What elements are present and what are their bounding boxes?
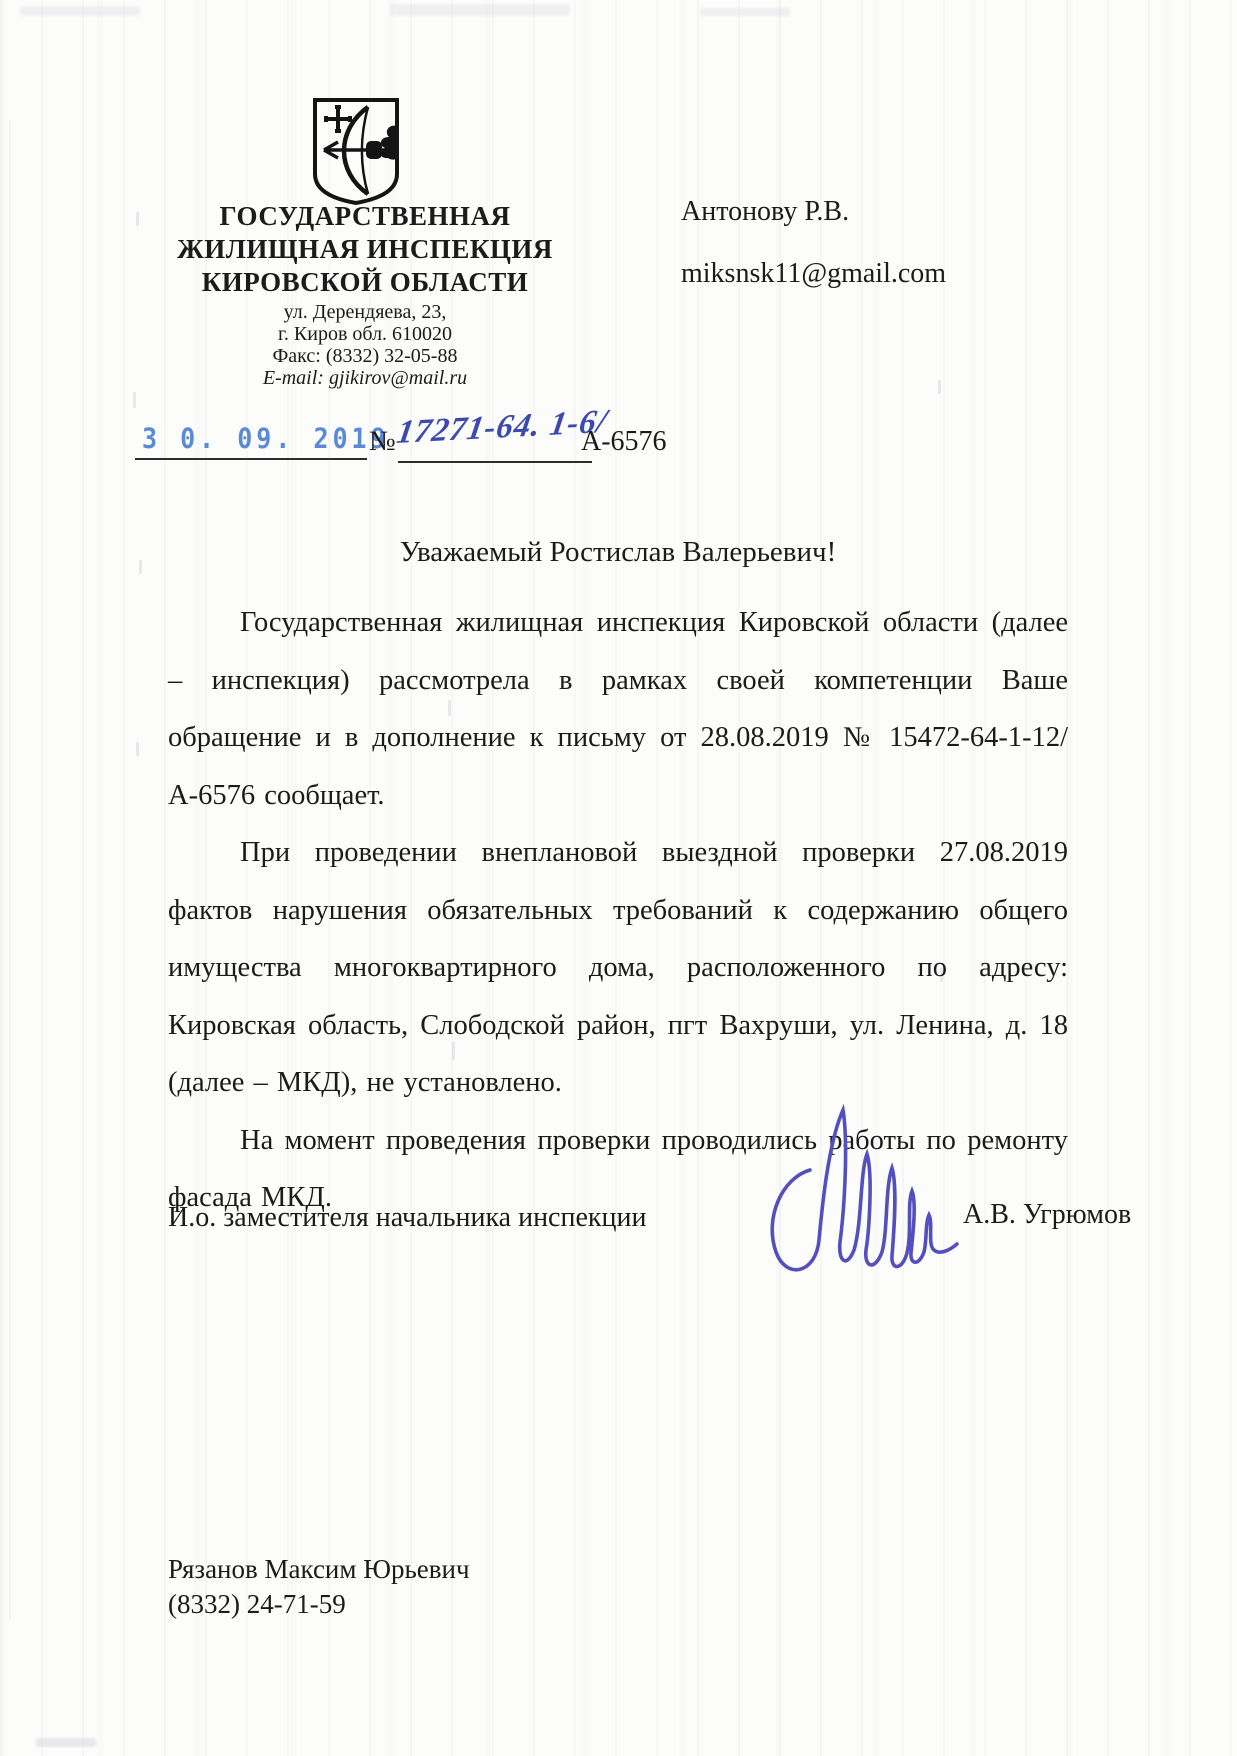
signer-name: А.В. Угрюмов [963, 1199, 1131, 1231]
address-street: ул. Дерендяева, 23, [130, 301, 600, 323]
address-city: г. Киров обл. 610020 [130, 323, 600, 345]
scan-artifact [700, 8, 790, 16]
scan-artifact [938, 380, 941, 394]
scan-artifact [390, 4, 570, 16]
body-paragraph: Государственная жилищная инспекция Киров… [168, 594, 1068, 824]
number-underline [398, 461, 592, 463]
scan-artifact [136, 742, 139, 756]
scan-artifact [20, 6, 140, 16]
organization-title: ГОСУДАРСТВЕННАЯ ЖИЛИЩНАЯ ИНСПЕКЦИЯ КИРОВ… [130, 200, 600, 299]
org-title-line: КИРОВСКОЙ ОБЛАСТИ [130, 266, 600, 299]
scan-artifact [9, 120, 11, 1620]
organization-address: ул. Дерендяева, 23, г. Киров обл. 610020… [130, 301, 600, 389]
scanned-letter-page: ГОСУДАРСТВЕННАЯ ЖИЛИЩНАЯ ИНСПЕКЦИЯ КИРОВ… [0, 0, 1237, 1756]
kirov-coat-of-arms-icon [308, 96, 404, 206]
executor-phone: (8332) 24-71-59 [168, 1587, 470, 1622]
scan-artifact [36, 1738, 96, 1747]
handwritten-signature-icon [748, 1092, 963, 1282]
scan-artifact [139, 560, 142, 574]
executor-name: Рязанов Максим Юрьевич [168, 1552, 470, 1587]
salutation: Уважаемый Ростислав Валерьевич! [168, 536, 1068, 569]
org-title-line: ГОСУДАРСТВЕННАЯ [130, 200, 600, 233]
date-stamp: 3 0. 09. 2019 [142, 422, 390, 454]
ref-number-label: № [369, 426, 396, 458]
address-email: E-mail: gjikirov@mail.ru [130, 367, 600, 389]
recipient-name: Антонову Р.В. [681, 196, 849, 228]
recipient-email: miksnsk11@gmail.com [681, 258, 946, 290]
date-underline [135, 458, 367, 460]
address-fax: Факс: (8332) 32-05-88 [130, 345, 600, 367]
scan-artifact [133, 392, 136, 408]
printed-ref-number: А-6576 [581, 426, 667, 458]
body-paragraph: При проведении внеплановой выездной пров… [168, 824, 1068, 1112]
org-title-line: ЖИЛИЩНАЯ ИНСПЕКЦИЯ [130, 233, 600, 266]
executor-contact: Рязанов Максим Юрьевич (8332) 24-71-59 [168, 1552, 470, 1622]
signer-job-title: И.о. заместителя начальника инспекции [168, 1202, 646, 1234]
